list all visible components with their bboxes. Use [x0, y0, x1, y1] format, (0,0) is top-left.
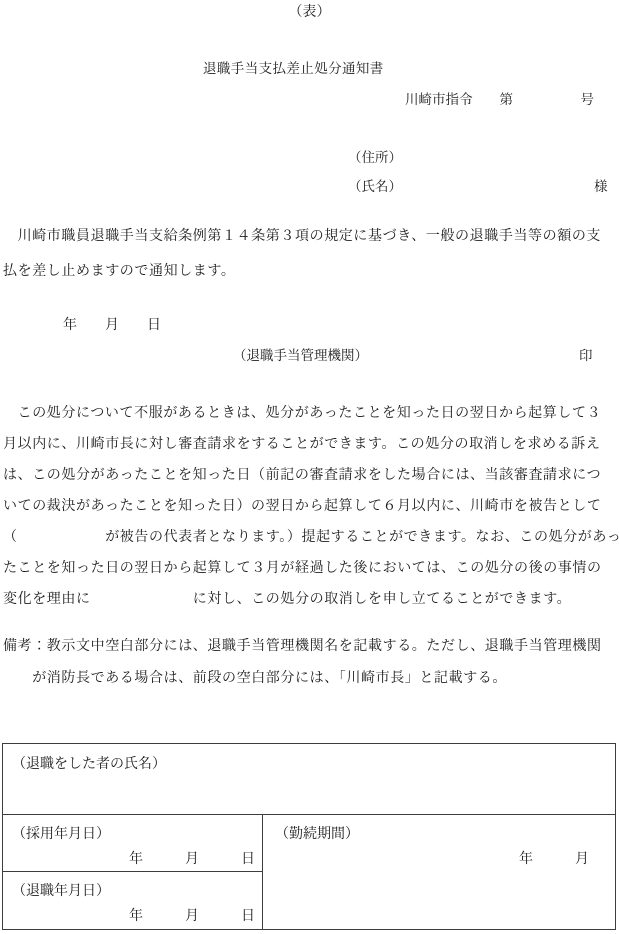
appeal-notice-line: この処分について不服があるときは、処分があったことを知った日の翌日から起算して３: [3, 403, 619, 434]
directive-number-line: 川崎市指令 第 号: [405, 88, 594, 108]
issue-date-line: 年 月 日: [63, 314, 161, 334]
appeal-notice-line: 月以内に、川崎市長に対し審査請求をすることができます。この処分の取消しを求める訴…: [3, 434, 619, 465]
appeal-notice-line: 変化を理由に に対し、この処分の取消しを申し立てることができます。: [3, 589, 619, 620]
appeal-notice-line: （ が被告の代表者となります。）提起することができます。なお、この処分があっ: [3, 527, 619, 558]
main-statement: 川崎市職員退職手当支給条例第１４条第３項の規定に基づき、一般の退職手当等の額の支…: [3, 226, 601, 296]
remarks-note: 備考：教示文中空白部分には、退職手当管理機関名を記載する。ただし、退職手当管理機…: [3, 636, 602, 700]
remarks-note-line: 備考：教示文中空白部分には、退職手当管理機関名を記載する。ただし、退職手当管理機…: [3, 636, 602, 668]
recipient-address-label: （住所）: [348, 146, 402, 166]
remarks-note-line: が消防長である場合は、前段の空白部分には、「川崎市長」と記載する。: [3, 668, 602, 700]
sheet-side-label: （表）: [0, 1, 619, 21]
retiree-name-label: （退職をした者の氏名）: [12, 757, 166, 772]
main-statement-line: 払を差し止めますので通知します。: [3, 261, 601, 296]
service-period-label: （勤続期間）: [275, 823, 359, 843]
hire-date-value: 年 月 日: [129, 848, 255, 868]
hire-date-cell: （採用年月日） 年 月 日: [3, 815, 262, 872]
recipient-honorific: 様: [594, 175, 608, 195]
document-page: （表） 退職手当支払差止処分通知書 川崎市指令 第 号 （住所） （氏名） 様 …: [0, 0, 619, 934]
retirement-info-table: （退職をした者の氏名） （採用年月日） 年 月 日 （退職年月日） 年 月 日 …: [2, 743, 616, 930]
retire-date-cell: （退職年月日） 年 月 日: [3, 872, 262, 929]
appeal-notice-line: いての裁決があったことを知った日）の翌日から起算して６月以内に、川崎市を被告とし…: [3, 496, 619, 527]
retire-date-label: （退職年月日）: [12, 880, 110, 900]
recipient-name-label: （氏名）: [348, 175, 402, 195]
hire-date-label: （採用年月日）: [12, 823, 110, 843]
service-period-value: 年 月: [519, 848, 589, 868]
appeal-notice-line: たことを知った日の翌日から起算して３月が経過した後においては、この処分の後の事情…: [3, 558, 619, 589]
table-left-column: （採用年月日） 年 月 日 （退職年月日） 年 月 日: [3, 815, 263, 929]
appeal-notice: この処分について不服があるときは、処分があったことを知った日の翌日から起算して３…: [3, 403, 619, 620]
document-title: 退職手当支払差止処分通知書: [203, 57, 384, 77]
issuing-agency-label: （退職手当管理機関）: [233, 344, 368, 364]
retire-date-value: 年 月 日: [129, 905, 255, 925]
appeal-notice-line: は、この処分があったことを知った日（前記の審査請求をした場合には、当該審査請求に…: [3, 465, 619, 496]
main-statement-line: 川崎市職員退職手当支給条例第１４条第３項の規定に基づき、一般の退職手当等の額の支: [3, 226, 601, 261]
table-lower-section: （採用年月日） 年 月 日 （退職年月日） 年 月 日 （勤続期間） 年 月: [3, 815, 615, 929]
service-period-cell: （勤続期間） 年 月: [263, 815, 615, 929]
retiree-name-cell: （退職をした者の氏名）: [3, 744, 615, 815]
seal-mark: 印: [579, 344, 593, 364]
